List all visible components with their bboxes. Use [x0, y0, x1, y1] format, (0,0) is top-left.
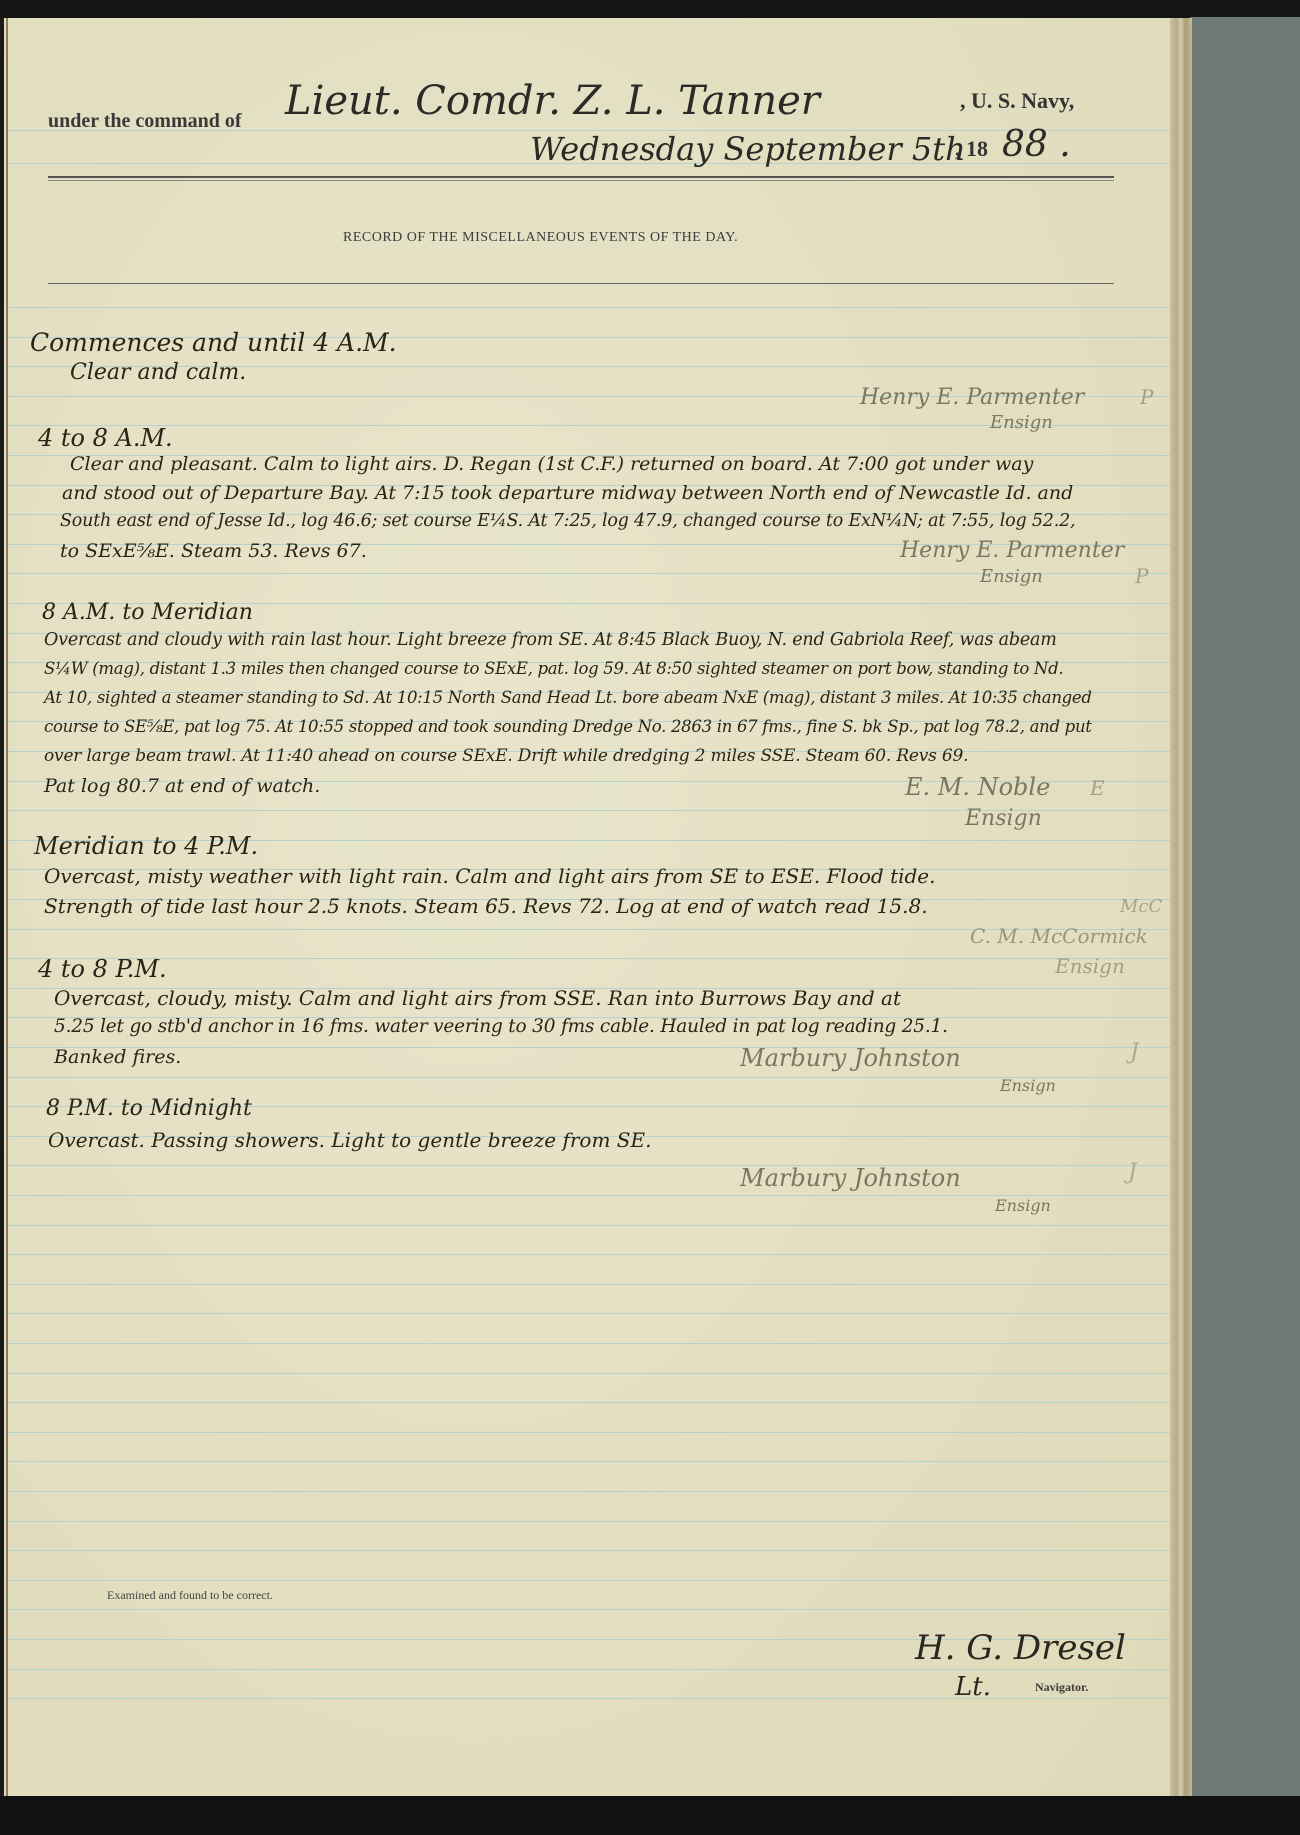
- ruled-line: [8, 1254, 1170, 1255]
- commander-name: Lieut. Comdr. Z. L. Tanner: [285, 78, 820, 124]
- year-value: 88 .: [1002, 124, 1071, 165]
- watch-text-line: At 10, sighted a steamer standing to Sd.…: [44, 688, 1092, 707]
- header-bottom-rule: [48, 283, 1114, 284]
- officer-initial: P: [1140, 385, 1153, 409]
- navigator-label: Navigator.: [1035, 1680, 1088, 1695]
- officer-initial: J: [1128, 1160, 1137, 1185]
- watch-heading: 4 to 8 P.M.: [38, 955, 167, 983]
- officer-rank: Ensign: [965, 806, 1042, 831]
- watch-text-line: Clear and pleasant. Calm to light airs. …: [70, 453, 1033, 475]
- watch-text-line: Overcast and cloudy with rain last hour.…: [44, 630, 1057, 650]
- officer-signature: Henry E. Parmenter: [860, 385, 1084, 410]
- officer-rank: Ensign: [990, 412, 1053, 433]
- ruled-line: [8, 1313, 1170, 1314]
- navigator-signature: H. G. Dresel: [915, 1628, 1126, 1668]
- watch-text-line: South east end of Jesse Id., log 46.6; s…: [60, 511, 1075, 531]
- watch-heading: 8 A.M. to Meridian: [42, 600, 253, 625]
- officer-signature: Marbury Johnston: [740, 1044, 961, 1072]
- ruled-line: [8, 307, 1170, 308]
- log-date: Wednesday September 5th: [530, 130, 966, 168]
- officer-rank: Ensign: [995, 1196, 1051, 1215]
- watch-text-line: Overcast. Passing showers. Light to gent…: [48, 1128, 651, 1152]
- watch-heading: 8 P.M. to Midnight: [46, 1096, 252, 1121]
- watch-text-line: to SExE⅝E. Steam 53. Revs 67.: [60, 540, 367, 562]
- examined-statement: Examined and found to be correct.: [107, 1588, 273, 1603]
- ruled-line: [8, 1047, 1170, 1048]
- ruled-line: [8, 1225, 1170, 1226]
- watch-text-line: Strength of tide last hour 2.5 knots. St…: [44, 894, 928, 918]
- navy-label: , U. S. Navy,: [960, 88, 1074, 114]
- ruled-line: [8, 1402, 1170, 1403]
- watch-heading: 4 to 8 A.M.: [38, 424, 173, 452]
- watch-text-line: over large beam trawl. At 11:40 ahead on…: [44, 746, 968, 766]
- ruled-line: [8, 1432, 1170, 1433]
- year-prefix: , 18: [955, 136, 988, 162]
- watch-text-line: and stood out of Departure Bay. At 7:15 …: [62, 482, 1073, 504]
- ruled-line: [8, 1165, 1170, 1166]
- officer-signature: Marbury Johnston: [740, 1164, 961, 1192]
- header-double-rule: [48, 176, 1114, 181]
- watch-text-line: Clear and calm.: [70, 360, 246, 385]
- ruled-line: [8, 1077, 1170, 1078]
- ruled-line: [8, 1284, 1170, 1285]
- officer-rank: Ensign: [1055, 954, 1125, 978]
- ruled-line: [8, 958, 1170, 959]
- ruled-line: [8, 1343, 1170, 1344]
- officer-signature: E. M. Noble: [905, 773, 1050, 801]
- ruled-line: [8, 1669, 1170, 1670]
- watch-text-line: Overcast, misty weather with light rain.…: [44, 864, 936, 888]
- watch-text-line: course to SE⅝E, pat log 75. At 10:55 sto…: [44, 717, 1092, 736]
- officer-initial: McC: [1120, 896, 1162, 917]
- ruled-line: [8, 1491, 1170, 1492]
- officer-initial: P: [1135, 564, 1148, 588]
- ruled-line: [8, 1609, 1170, 1610]
- officer-rank: Ensign: [980, 566, 1043, 587]
- ruled-line: [8, 1461, 1170, 1462]
- scan-top-border: [0, 0, 1300, 18]
- ruled-line: [8, 1521, 1170, 1522]
- watch-heading: Meridian to 4 P.M.: [34, 832, 258, 860]
- watch-heading: Commences and until 4 A.M.: [30, 328, 397, 357]
- ruled-line: [8, 1550, 1170, 1551]
- officer-signature: Henry E. Parmenter: [900, 538, 1124, 563]
- scan-background: [1190, 17, 1300, 1797]
- watch-text-line: Pat log 80.7 at end of watch.: [44, 775, 320, 797]
- ruled-line: [8, 1580, 1170, 1581]
- navigator-rank: Lt.: [955, 1672, 991, 1702]
- officer-rank: Ensign: [1000, 1076, 1056, 1095]
- watch-text-line: 5.25 let go stb'd anchor in 16 fms. wate…: [54, 1016, 948, 1037]
- officer-signature: C. M. McCormick: [970, 924, 1148, 948]
- page-binding-edge: [6, 18, 8, 1796]
- ruled-line: [8, 1698, 1170, 1699]
- command-label: under the command of: [48, 110, 242, 133]
- watch-text-line: Overcast, cloudy, misty. Calm and light …: [54, 986, 901, 1010]
- page-stack-edge: [1170, 18, 1192, 1798]
- officer-initial: E: [1090, 776, 1105, 800]
- watch-text-line: S¼W (mag), distant 1.3 miles then change…: [44, 659, 1063, 678]
- ruled-line: [8, 1373, 1170, 1374]
- officer-initial: J: [1130, 1040, 1139, 1065]
- watch-text-line: Banked fires.: [54, 1046, 181, 1068]
- scan-bottom-border: [0, 1796, 1300, 1835]
- record-title: RECORD OF THE MISCELLANEOUS EVENTS OF TH…: [343, 230, 738, 246]
